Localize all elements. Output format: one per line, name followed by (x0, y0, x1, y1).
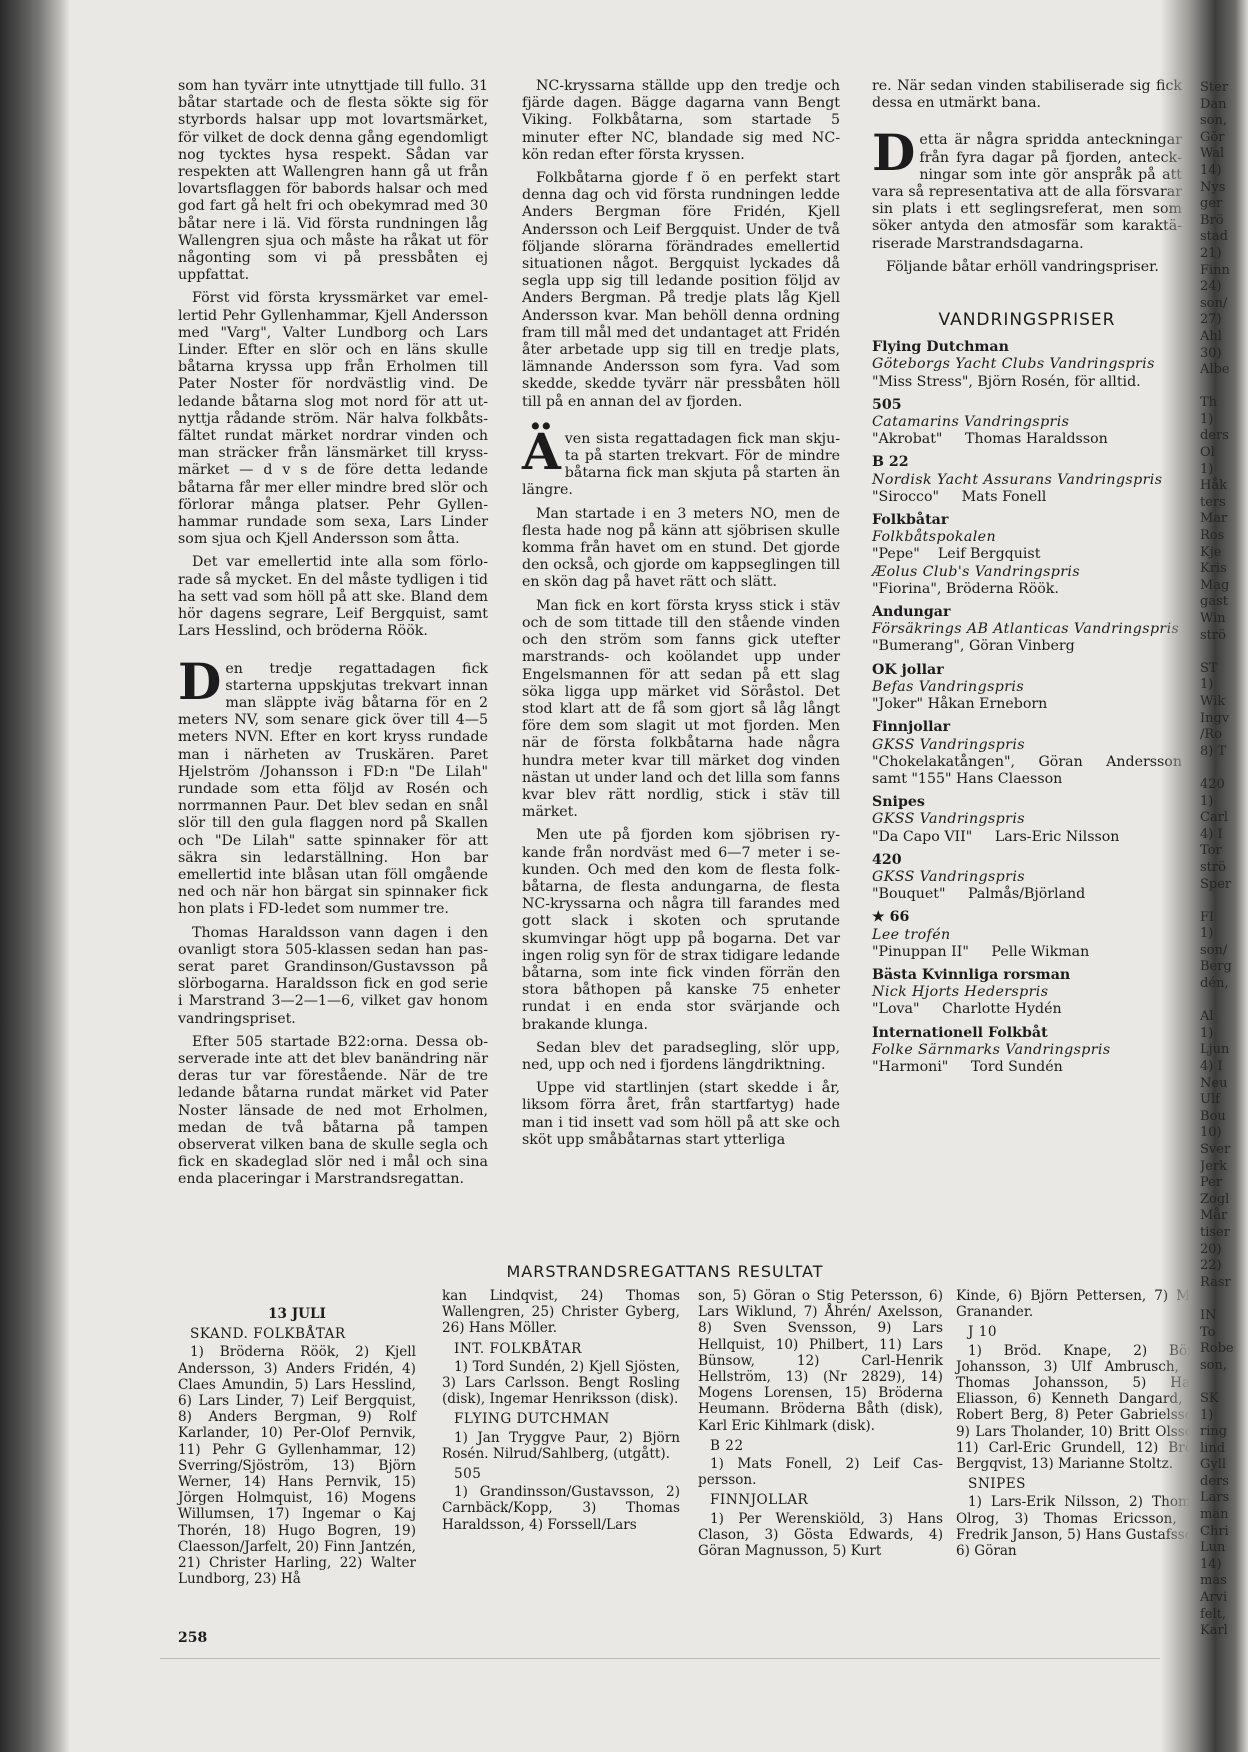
facing-page-text-fragment: ring (1200, 1424, 1248, 1441)
paragraph: som han tyvärr inte utnyttjade till full… (178, 78, 488, 284)
facing-page-text-fragment: Kje (1200, 545, 1248, 562)
facing-page-text-fragment: Mår (1200, 1208, 1248, 1225)
facing-page-text-fragment: ders (1200, 428, 1248, 445)
facing-page-text-fragment: son/ (1200, 943, 1248, 960)
prize-entry: Flying DutchmanGöteborgs Yacht Clubs Van… (872, 339, 1182, 391)
prize-winner: "Chokelakatången", Göran Andersson samt … (872, 754, 1182, 788)
facing-page-text-fragment: 1) (1200, 412, 1248, 429)
prize-entry: SnipesGKSS Vandringspris"Da Capo VII" La… (872, 794, 1182, 846)
facing-page-text-fragment: 21) (1200, 246, 1248, 263)
paragraph: Thomas Haraldsson vann dagen i den ovanl… (178, 925, 488, 1028)
results-date: 13 JULI (178, 1306, 416, 1322)
paragraph: Först vid första kryssmärket var emel­le… (178, 290, 488, 548)
facing-page-text-fragment: Per (1200, 1175, 1248, 1192)
prize-class-heading: 505 (872, 397, 1182, 414)
facing-page-text-fragment: Brö (1200, 213, 1248, 230)
facing-page-text-fragment (1200, 379, 1248, 396)
facing-page-text-fragment: 4) I (1200, 1059, 1248, 1076)
drop-cap-letter: D (178, 663, 221, 701)
facing-page-text-fragment: 20) (1200, 1242, 1248, 1259)
prize-name: Folkbåtspokalen (872, 529, 1182, 546)
prize-class-heading: OK jollar (872, 662, 1182, 679)
page-bottom-rule (160, 1658, 1160, 1659)
paragraph: re. När sedan vinden stabiliserade sig f… (872, 78, 1182, 112)
prize-entry: 505Catamarins Vandringspris"Akrobat" Tho… (872, 397, 1182, 449)
results-title: MARSTRANDSREGATTANS RESULTAT (160, 1262, 1170, 1281)
facing-page-text-fragment: mas (1200, 1573, 1248, 1590)
results-text: son, 5) Göran o Stig Petersson, 6) Lars … (698, 1288, 943, 1434)
page-number: 258 (178, 1630, 207, 1646)
facing-page-text-fragment: strö (1200, 860, 1248, 877)
results-class-heading: INT. FOLKBÅTAR (454, 1341, 680, 1357)
results-column-1: 13 JULI SKAND. FOLKBÅTAR 1) Bröderna Röö… (178, 1306, 416, 1591)
prize-class-heading: B 22 (872, 454, 1182, 471)
drop-cap-letter: Ä (522, 433, 561, 471)
facing-page-text-fragment (1200, 760, 1248, 777)
facing-page-text-fragment: 14) (1200, 163, 1248, 180)
prize-class-heading: ★ 66 (872, 909, 1182, 926)
facing-page-text-fragment: Robe (1200, 1341, 1248, 1358)
facing-page-text-fragment: Lars (1200, 1490, 1248, 1507)
section-title-vandringspriser: VANDRINGSPRISER (872, 312, 1182, 329)
prize-entry: Bästa Kvinnliga rorsmanNick Hjorts Heder… (872, 967, 1182, 1019)
paragraph: Folkbåtarna gjorde f ö en perfekt start … (522, 170, 840, 411)
prize-list: Flying DutchmanGöteborgs Yacht Clubs Van… (872, 339, 1182, 1076)
results-class-heading: B 22 (710, 1438, 943, 1454)
prize-class-heading: Folkbåtar (872, 512, 1182, 529)
prize-winner: "Da Capo VII" Lars-Eric Nilsson (872, 829, 1182, 846)
prize-name: Catamarins Vandringspris (872, 414, 1182, 431)
facing-page-text-fragment: man (1200, 1507, 1248, 1524)
facing-page-text-fragment: Win (1200, 611, 1248, 628)
results-text: 1) Mats Fonell, 2) Leif Cas­persson. (698, 1456, 943, 1488)
paragraph-text: etta är några spridda anteckningar från … (872, 132, 1182, 251)
prize-winner: "Pinuppan II" Pelle Wikman (872, 944, 1182, 961)
facing-page-text-fragment: 30) (1200, 346, 1248, 363)
results-class-heading: FLYING DUTCHMAN (454, 1411, 680, 1427)
facing-page-text-fragment: 27) (1200, 312, 1248, 329)
prize-winner: "Fiorina", Bröderna Röök. (872, 581, 1182, 598)
facing-page-text-fragment: stad (1200, 229, 1248, 246)
drop-cap-letter: D (872, 134, 915, 172)
prize-entry: B 22Nordisk Yacht Assurans Vandringspris… (872, 454, 1182, 506)
facing-page-text-fragment: Dan (1200, 97, 1248, 114)
dropcap-paragraph: Även sista regattadagen fick man skju­ta… (522, 431, 840, 500)
facing-page-text-fragment: Ulf (1200, 1092, 1248, 1109)
facing-page-text-fragment: To (1200, 1325, 1248, 1342)
facing-page-text-fragment: Neu (1200, 1076, 1248, 1093)
results-class-heading: SKAND. FOLKBÅTAR (190, 1326, 416, 1342)
facing-page-text-fragment: son/ (1200, 296, 1248, 313)
prize-winner: "Lova" Charlotte Hydén (872, 1001, 1182, 1018)
prize-class-heading: Finnjollar (872, 719, 1182, 736)
prize-class-heading: 420 (872, 852, 1182, 869)
facing-page-text-fragment (1200, 644, 1248, 661)
prize-class-heading: Snipes (872, 794, 1182, 811)
results-column-2: kan Lindqvist, 24) Thomas Wallengren, 25… (442, 1288, 680, 1537)
paragraph: Man startade i en 3 meters NO, men de fl… (522, 506, 840, 592)
results-class-heading: FINNJOLLAR (710, 1492, 943, 1508)
facing-page-text-fragment: Ros (1200, 528, 1248, 545)
facing-page-text-fragment: 1) (1200, 926, 1248, 943)
paragraph: Följande båtar erhöll vandringspriser. (872, 259, 1182, 276)
facing-page-text-fragment: gast (1200, 594, 1248, 611)
facing-page-text-fragment: tiser (1200, 1225, 1248, 1242)
facing-page-text-fragment: 10) (1200, 1125, 1248, 1142)
prize-name: GKSS Vandringspris (872, 869, 1182, 886)
facing-page-text-fragment (1200, 1291, 1248, 1308)
facing-page-text-fragment: Jerk (1200, 1159, 1248, 1176)
facing-page-text-fragment: ger (1200, 196, 1248, 213)
prize-name: Nick Hjorts Hederspris (872, 984, 1182, 1001)
facing-page-text-fragment: /Ro (1200, 727, 1248, 744)
prize-entry: FinnjollarGKSS Vandringspris"Chokelakatå… (872, 719, 1182, 788)
facing-page-text-fragment: Håk (1200, 478, 1248, 495)
facing-page-text-fragment: Mar (1200, 511, 1248, 528)
prize-entry: 420GKSS Vandringspris"Bouquet" Palmås/Bj… (872, 852, 1182, 904)
prize-entry: ★ 66Lee trofén"Pinuppan II" Pelle Wikman (872, 909, 1182, 961)
paragraph: Men ute på fjorden kom sjöbrisen ry­kand… (522, 827, 840, 1033)
facing-page-text-fragment: Ster (1200, 80, 1248, 97)
facing-page-text-fragment: strö (1200, 628, 1248, 645)
facing-page-text-fragment: ders (1200, 1474, 1248, 1491)
facing-page-text-fragment: Sver (1200, 1142, 1248, 1159)
magazine-page: som han tyvärr inte utnyttjade till full… (160, 78, 1170, 1678)
facing-page-text-fragment: Lun (1200, 1540, 1248, 1557)
prize-entry: Internationell FolkbåtFolke Särnmarks Va… (872, 1025, 1182, 1077)
facing-page-text-fragment: Ahl (1200, 329, 1248, 346)
paragraph: Efter 505 startade B22:orna. Dessa ob­se… (178, 1034, 488, 1189)
facing-page-text-fragment: SK (1200, 1391, 1248, 1408)
results-text: 1) Jan Tryggve Paur, 2) Björn Rosén. Nil… (442, 1430, 680, 1462)
facing-page-text-fragment: 24) (1200, 279, 1248, 296)
facing-page-text-fragment: Mag (1200, 578, 1248, 595)
prize-name: GKSS Vandringspris (872, 737, 1182, 754)
prize-winner: "Bumerang", Göran Vinberg (872, 638, 1182, 655)
results-text: 1) Tord Sundén, 2) Kjell Sjösten, 3) Lar… (442, 1359, 680, 1408)
article-column-2: NC-kryssarna ställde upp den tredje och … (522, 78, 840, 1155)
prize-winner: "Miss Stress", Björn Rosén, för alltid. (872, 374, 1182, 391)
dropcap-paragraph: Den tredje regattadagen fick starterna u… (178, 661, 488, 919)
article-column-3: re. När sedan vinden stabiliserade sig f… (872, 78, 1182, 1080)
paragraph-text: ven sista regattadagen fick man skju­ta … (522, 431, 840, 499)
book-spine-left-shadow (0, 0, 70, 1752)
facing-page-text-fragment: 1) (1200, 1026, 1248, 1043)
paragraph: Det var emellertid inte alla som förlo­r… (178, 554, 488, 640)
facing-page-text-fragment: ST (1200, 661, 1248, 678)
facing-page-text-fragment: ters (1200, 495, 1248, 512)
article-column-1: som han tyvärr inte utnyttjade till full… (178, 78, 488, 1195)
facing-page-text-fragment (1200, 1374, 1248, 1391)
facing-page-text-fragment: Kris (1200, 561, 1248, 578)
facing-page-text-fragment: 4) I (1200, 827, 1248, 844)
results-text: kan Lindqvist, 24) Thomas Wallengren, 25… (442, 1288, 680, 1337)
facing-page-text-fragment: son, (1200, 1358, 1248, 1375)
results-class-heading: 505 (454, 1466, 680, 1482)
facing-page-text-fragment: lind (1200, 1441, 1248, 1458)
prize-winner: "Harmoni" Tord Sundén (872, 1059, 1182, 1076)
prize-winner: "Pepe" Leif Bergquist (872, 546, 1182, 563)
facing-page-text-fragment: Ol (1200, 445, 1248, 462)
prize-name: Befas Vandringspris (872, 679, 1182, 696)
facing-page-text-fragment: dén, (1200, 976, 1248, 993)
prize-winner: "Bouquet" Palmås/Björland (872, 886, 1182, 903)
prize-name: Nordisk Yacht Assurans Vandringspris (872, 472, 1182, 489)
facing-page-text-fragment: 22) (1200, 1258, 1248, 1275)
paragraph-text: en tredje regattadagen fick starterna up… (178, 661, 488, 918)
facing-page-text-fragment: FI (1200, 910, 1248, 927)
prize-class-heading: Bästa Kvinnliga rorsman (872, 967, 1182, 984)
facing-page-text-fragment: 1) (1200, 677, 1248, 694)
prize-winner: "Akrobat" Thomas Haraldsson (872, 431, 1182, 448)
prize-winner: "Joker" Håkan Erneborn (872, 696, 1182, 713)
facing-page-text-fragment: Carl (1200, 810, 1248, 827)
prize-name: Æolus Club's Vandringspris (872, 564, 1182, 581)
prize-name: Lee trofén (872, 927, 1182, 944)
facing-page-text-fragment: son, (1200, 113, 1248, 130)
prize-entry: OK jollarBefas Vandringspris"Joker" Håka… (872, 662, 1182, 714)
prize-entry: FolkbåtarFolkbåtspokalen"Pepe" Leif Berg… (872, 512, 1182, 598)
facing-page-text-fragment: Arvi (1200, 1590, 1248, 1607)
facing-page-text-fragment: Wik (1200, 694, 1248, 711)
facing-page-text-fragment: 1) (1200, 1408, 1248, 1425)
facing-page-text-fragment: felt, (1200, 1607, 1248, 1624)
paragraph: Uppe vid startlinjen (start skedde i år,… (522, 1080, 840, 1149)
paragraph: Man fick en kort första kryss stick i st… (522, 598, 840, 822)
facing-page-text-fragment: 8) T (1200, 744, 1248, 761)
facing-page-text-fragment: IN (1200, 1308, 1248, 1325)
prize-name: Folke Särnmarks Vandringspris (872, 1042, 1182, 1059)
facing-page-text-fragment: 14) (1200, 1557, 1248, 1574)
paragraph: NC-kryssarna ställde upp den tredje och … (522, 78, 840, 164)
results-text: 1) Grandinsson/Gustavsson, 2) Carnbäck/K… (442, 1484, 680, 1533)
results-text: 1) Bröderna Röök, 2) Kjell Andersson, 3)… (178, 1344, 416, 1587)
facing-page-text-fragment: Gör (1200, 130, 1248, 147)
prize-class-heading: Flying Dutchman (872, 339, 1182, 356)
facing-page-text-fragment: 1) (1200, 462, 1248, 479)
facing-page-text-fragment: Karl (1200, 1623, 1248, 1640)
prize-class-heading: Andungar (872, 604, 1182, 621)
facing-page-text-fragment (1200, 993, 1248, 1010)
dropcap-paragraph: Detta är några spridda anteckningar från… (872, 132, 1182, 252)
facing-page-text-fragment: Zogl (1200, 1192, 1248, 1209)
facing-page-text-fragment: Nys (1200, 180, 1248, 197)
results-column-3: son, 5) Göran o Stig Petersson, 6) Lars … (698, 1288, 943, 1563)
facing-page-text-fragment: Bou (1200, 1109, 1248, 1126)
facing-page-text-fragment: Berg (1200, 959, 1248, 976)
facing-page-text-fragment: Wal (1200, 146, 1248, 163)
facing-page-text-fragment: 420 (1200, 777, 1248, 794)
facing-page-text-fragment: Sper (1200, 877, 1248, 894)
facing-page-text-fragment: Finn (1200, 263, 1248, 280)
facing-page-text-fragment: Albe (1200, 362, 1248, 379)
results-text: 1) Per Werenskiöld, 3) Hans Clason, 3) G… (698, 1511, 943, 1560)
facing-page-text-fragment: Tor (1200, 843, 1248, 860)
facing-page-text-fragment: Rasr (1200, 1275, 1248, 1292)
facing-page-text-fragment (1200, 893, 1248, 910)
facing-page-text-fragment: Ljun (1200, 1042, 1248, 1059)
facing-page-text-fragment: Al (1200, 1009, 1248, 1026)
facing-page-text-fragment: Gyll (1200, 1457, 1248, 1474)
facing-page-text-fragment: 1) (1200, 794, 1248, 811)
prize-entry: AndungarFörsäkrings AB Atlanticas Vandri… (872, 604, 1182, 656)
facing-page-edge: SterDanson,GörWal14)NysgerBröstad21)Finn… (1200, 80, 1248, 1640)
prize-name: Göteborgs Yacht Clubs Vandringspris (872, 356, 1182, 373)
prize-class-heading: Internationell Folkbåt (872, 1025, 1182, 1042)
prize-name: GKSS Vandringspris (872, 811, 1182, 828)
prize-winner: "Sirocco" Mats Fonell (872, 489, 1182, 506)
facing-page-text-fragment: Chri (1200, 1524, 1248, 1541)
facing-page-text-fragment: Th (1200, 395, 1248, 412)
paragraph: Sedan blev det paradsegling, slör upp, n… (522, 1040, 840, 1074)
prize-name: Försäkrings AB Atlanticas Vandringspris (872, 621, 1182, 638)
facing-page-text-fragment: Ingv (1200, 711, 1248, 728)
